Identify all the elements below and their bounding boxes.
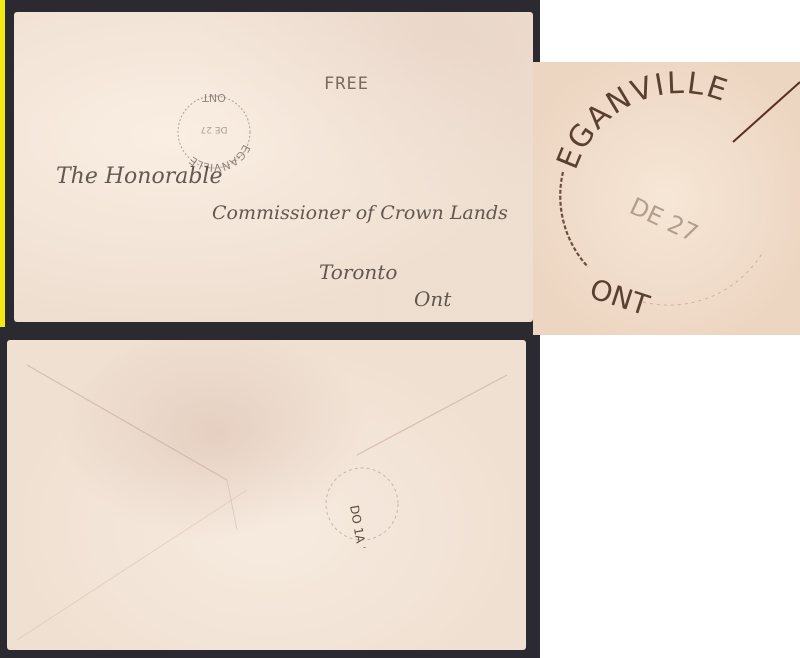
svg-text:ONT: ONT (586, 272, 654, 322)
backstamp-icon: DO 1A 80 (312, 458, 402, 548)
svg-text:DE 27: DE 27 (625, 192, 702, 248)
address-line-3: Toronto (319, 260, 397, 284)
envelope-back: DO 1A 80 (7, 340, 526, 650)
accent-stripe (0, 0, 5, 327)
svg-text:EGANVILLE: EGANVILLE (550, 66, 733, 174)
svg-text:DE 27: DE 27 (201, 124, 228, 134)
svg-text:ONT: ONT (202, 91, 226, 104)
svg-text:DO 1A 80: DO 1A 80 (347, 504, 371, 548)
envelope-flap-lines (7, 340, 526, 650)
address-line-2: Commissioner of Crown Lands (212, 202, 508, 224)
postmark-enlarged-icon: EGANVILLE DE 27 ONT (533, 62, 800, 335)
postmark-enlargement: EGANVILLE DE 27 ONT (533, 62, 800, 335)
address-line-1: The Honorable (56, 164, 222, 189)
free-frank-mark: FREE (324, 74, 369, 94)
address-line-4: Ont (414, 287, 451, 311)
envelope-front: FREE EGANVILLE ONT DE 27 The Honorable C… (14, 12, 533, 322)
